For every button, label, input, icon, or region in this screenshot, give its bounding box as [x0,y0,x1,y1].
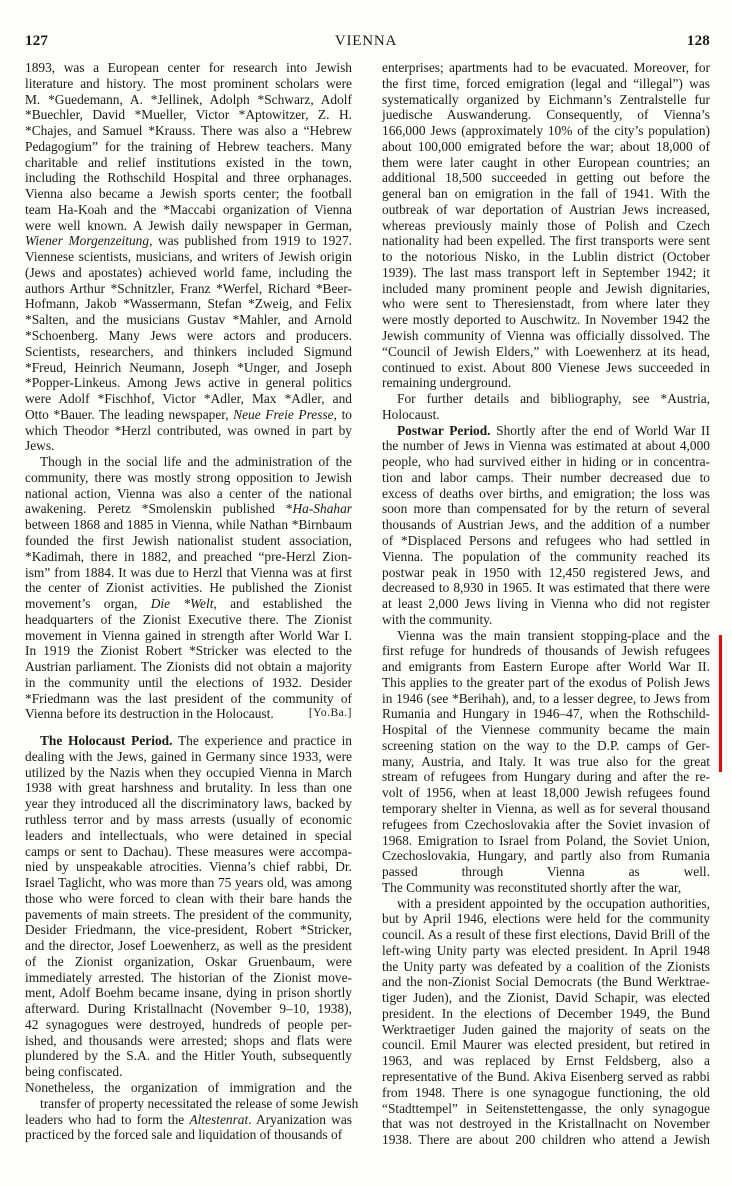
text-line: first refuge for hundreds of thousands o… [382,643,710,659]
text-line: pavements of main streets. The president… [25,907,352,923]
text-line: In 1919 the Zionist Robert *Stricker was… [25,643,352,659]
text-line: those who were forced to clean with thei… [25,891,352,907]
text-line: literature and history. The most promine… [25,76,352,92]
text-line: the Unity party was defeated by a coalit… [382,959,710,975]
text-line: 1939). The last mass transport left in S… [382,265,710,281]
text-line: Czechoslovakia, Hungary, and partly also… [382,848,710,864]
text-line: systematically organized by Eichmann’s Z… [382,92,710,108]
text-line: 42 synagogues were destroyed, hundreds o… [25,1017,352,1033]
text-line: remaining underground. [382,375,710,391]
text-line: juedische Auswanderung. Consequently, of… [382,107,710,123]
text-line: outbreak of war deportation of Austrian … [382,202,710,218]
text-line: movement’s organ, Die *Welt, and establi… [25,596,352,612]
text-line: headquarters of the Zionist Executive th… [25,612,352,628]
text-line: council. As a result of these first elec… [382,927,710,943]
text-line: 1938 with great harshness and brutality.… [25,780,352,796]
text-line: *Buechler, David *Mueller, Victor *Aptow… [25,107,352,123]
text-line: Wiener Morgenzeitung, was published from… [25,233,352,249]
text-line: Nonetheless, the organization of immigra… [25,1080,352,1096]
text-line: were well known. A Jewish daily newspape… [25,218,352,234]
text-line: founded the first Jewish nationalist stu… [25,533,352,549]
text-line: president. In the elections of December … [382,1006,710,1022]
text-line: Though in the social life and the admini… [25,454,352,470]
text-line: practiced by the forced sale and liquida… [25,1127,352,1143]
text-line: leaders who had to form the Altestenrat.… [25,1112,352,1128]
text-line: Rumania and Hungary in 1946–47, when the… [382,706,710,722]
text-line: Werktraetiger Juden gained the majority … [382,1022,710,1038]
text-line: with the community. [382,612,710,628]
text-line: passed through Vienna as well. [382,864,710,880]
text-line: them were later caught in other European… [382,155,710,171]
text-line: Hofmann, Jakob *Wassermann, Stefan *Zwei… [25,296,352,312]
text-line: *Schoenberg. Many Jews were actors and p… [25,328,352,344]
text-line: and the director, Josef Loewenherz, as w… [25,938,352,954]
text-line: were Adolf *Fischhof, Victor *Adler, Max… [25,391,352,407]
text-line: the first time, forced emigration (legal… [382,76,710,92]
text-line: who were sent to Theresienstadt, from wh… [382,296,710,312]
text-line: and the non-Zionist Social Democrats (th… [382,974,710,990]
text-line: *Freud, Heinrich Neumann, Joseph *Unger,… [25,360,352,376]
text-line: *Kadimah, there in 1882, and preached “p… [25,549,352,565]
text-line: Pedagogium” for the training of Hebrew t… [25,139,352,155]
text-line: soon more than compensated for by the re… [382,501,710,517]
text-line: *Popper-Linkeus. Among Jews active in ge… [25,375,352,391]
text-line: being confiscated. [25,1064,352,1080]
running-title: VIENNA [0,33,732,50]
text-line: team Ha-Koah and the *Maccabi organizati… [25,202,352,218]
text-line: and emigrants from Eastern Europe after … [382,659,710,675]
text-line: 1963, and was replaced by Ernst Feldsber… [382,1053,710,1069]
text-line: awakening. Peretz *Smolenskin published … [25,501,352,517]
text-line: charitable and relief institutions exist… [25,155,352,171]
text-line: tion and labor camps. Their number decre… [382,470,710,486]
text-line: the number of Jews in Vienna was estimat… [382,438,710,454]
text-line: Holocaust. [382,407,710,423]
text-line: Vienna was the main transient stopping-p… [382,628,710,644]
text-line: year they introduced all the discriminat… [25,796,352,812]
text-line: national action, Vienna was also a cente… [25,486,352,502]
page-number-right: 128 [687,33,710,50]
text-line: M. *Guedemann, A. *Jellinek, Adolph *Sch… [25,92,352,108]
text-line: dealing with the Jews, gained in Germany… [25,749,352,765]
text-line: The Holocaust Period. The experience and… [25,733,352,749]
text-line: immediately arrested. The historian of t… [25,970,352,986]
text-line: ism” from 1884. It was due to Herzl that… [25,565,352,581]
text-line: Vienna also became a Jewish sports cente… [25,186,352,202]
text-line: ment, Adolf Boehm became insane, dying i… [25,985,352,1001]
text-line: Viennese scientists, musicians, and writ… [25,249,352,265]
text-line: left-wing Unity party was elected presid… [382,943,710,959]
left-column: 1893, was a European center for research… [25,60,352,1143]
text-line: transfer of property necessitated the re… [25,1096,352,1112]
text-line: For further details and bibliography, se… [382,391,710,407]
text-line: plundered by the S.A. and the Hitler You… [25,1048,352,1064]
text-line: council. Emil Maurer was elected preside… [382,1037,710,1053]
text-line: 1938. There are about 200 children who a… [382,1132,710,1148]
text-line: to the notorious Nisko, in the Lublin di… [382,249,710,265]
author-signature: [Yo.Ba.] [309,706,352,722]
text-line: ished, and thousands were arrested; shop… [25,1033,352,1049]
text-line: community, there was mostly strong oppos… [25,470,352,486]
text-line: excess of deaths over births, and emigra… [382,486,710,502]
text-line: in 1946 (see *Berihah), and, to a lesser… [382,691,710,707]
text-line: 166,000 Jews (approximately 10% of the c… [382,123,710,139]
text-line: people, who had survived either in hidin… [382,454,710,470]
text-line: Jewish community of Vienna was officiall… [382,328,710,344]
text-line: continued to exist. About 800 Vienese Je… [382,360,710,376]
text-line: The Community was reconstituted shortly … [382,880,710,896]
text-line: postwar peak in 1950 with 12,450 registe… [382,565,710,581]
text-line: *Chajes, and Samuel *Krauss. There was a… [25,123,352,139]
text-line: movement in Vienna gained in strength af… [25,628,352,644]
text-line: “Council of Jewish Elders,” with Loewenh… [382,344,710,360]
text-line: leaders and intellectuals, who were deta… [25,828,352,844]
text-line: many, Austria, and Italy. It was true al… [382,754,710,770]
text-line: This applies to the greater part of the … [382,675,710,691]
right-column: enterprises; apartments had to be evacua… [382,60,710,1148]
text-line: volt of 1956, when at least 18,000 Jewis… [382,785,710,801]
text-line: nied by unspeakable atrocities. Vienna’s… [25,859,352,875]
text-line: nationality had been expelled. The first… [382,233,710,249]
text-line: refugees from Czechoslovakia after the S… [382,817,710,833]
text-line: from 1948. There is one synagogue functi… [382,1085,710,1101]
text-line: the center of Zionist activities. He pub… [25,580,352,596]
text-line: Jews. [25,438,352,454]
text-line: screening station on the way to the D.P.… [382,738,710,754]
margin-highlight-marker [719,635,722,772]
text-line: stream of refugees from Hungary during a… [382,769,710,785]
text-line: were mostly deported to Auschwitz. In No… [382,312,710,328]
text-line: authors Arthur *Schnitzler, Franz *Werfe… [25,281,352,297]
text-line: temporary shelter in Vienna, as well as … [382,801,710,817]
text-line: utilized by the Nazis when they occupied… [25,765,352,781]
text-line: representative of the Bund. Akiva Eisenb… [382,1069,710,1085]
text-line: at least 2,000 Jews living in Vienna who… [382,596,710,612]
text-line: 1893, was a European center for research… [25,60,352,76]
text-line: Israel Taglicht, who was more than 75 ye… [25,875,352,891]
text-line: Vienna. The population of the community … [382,549,710,565]
text-line: tiger Juden), and the Zionist, David Sch… [382,990,710,1006]
text-line: 1968. Emigration to Israel from Poland, … [382,833,710,849]
text-line: Postwar Period. Shortly after the end of… [382,423,710,439]
text-line: Hospital of the Viennese community becam… [382,722,710,738]
text-line: but by April 1946, elections were held f… [382,911,710,927]
text-line: in the community until the elections of … [25,675,352,691]
text-line: that was not destroyed in the Kristallna… [382,1116,710,1132]
text-line: whereas previously mainly those of Polis… [382,218,710,234]
text-line: afterward. During Kristallnacht (Novembe… [25,1001,352,1017]
text-line: between 1868 and 1885 in Vienna, while N… [25,517,352,533]
text-line: *Salten, and the musicians Gustav *Mahle… [25,312,352,328]
text-line: Scientists, researchers, and thinkers in… [25,344,352,360]
text-line: camps or sent to Dachau). These measures… [25,844,352,860]
text-line: of *Displaced Persons and refugees who h… [382,533,710,549]
text-line: additional 18,500 succeeded in getting o… [382,170,710,186]
text-line: including the Rothschild Hospital and th… [25,170,352,186]
text-line: about 100,000 emigrated before the war; … [382,139,710,155]
text-line: enterprises; apartments had to be evacua… [382,60,710,76]
text-line: (Jews and apostates) achieved world fame… [25,265,352,281]
text-line: included many prominent people and Jewis… [382,281,710,297]
text-line: which Theodor *Herzl contributed, was ow… [25,423,352,439]
text-line: Austrian parliament. The Zionists did no… [25,659,352,675]
text-line: Vienna before its destruction in the Hol… [25,706,352,722]
text-line: Otto *Bauer. The leading newspaper, Neue… [25,407,352,423]
text-line: thousands of Austrian Jews, and the addi… [382,517,710,533]
text-line: ruthless terror and by mass arrests (usu… [25,812,352,828]
text-line: decreased to 8,930 in 1965. It was estim… [382,580,710,596]
text-line: general ban on emigration in the fall of… [382,186,710,202]
text-line: Desider Friedmann, the vice-president, R… [25,922,352,938]
encyclopedia-page: 127 VIENNA 128 1893, was a European cent… [0,0,732,1186]
text-line: “Stadttempel” in Seitenstettengasse, the… [382,1101,710,1117]
text-line: *Friedmann was the last president of the… [25,691,352,707]
text-line: with a president appointed by the occupa… [382,896,710,912]
text-line: of the Zionist organization, Oskar Gruen… [25,954,352,970]
